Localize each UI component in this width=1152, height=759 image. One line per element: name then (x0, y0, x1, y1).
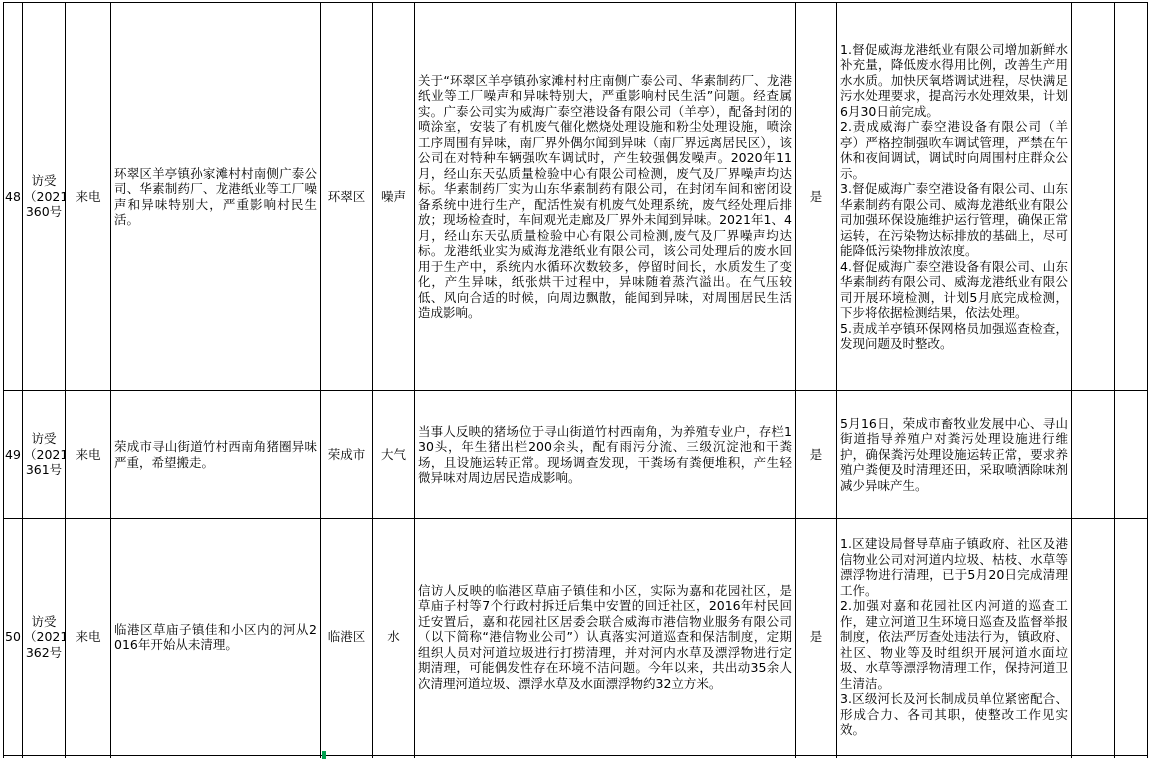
cell-measures[interactable]: 1.督促威海龙港纸业有限公司增加新鲜水补充量，降低废水得用比例，改善生产用水水质… (837, 3, 1072, 391)
complaints-table: 48 访受（2021）360号 来电 环翠区羊亭镇孙家滩村村南侧广泰公司、华素制… (3, 2, 1148, 758)
complaints-table-container: 48 访受（2021）360号 来电 环翠区羊亭镇孙家滩村村南侧广泰公司、华素制… (3, 2, 1148, 758)
cell-case-number[interactable]: 访受（2021）360号 (23, 3, 66, 391)
cell-region[interactable]: 荣成市 (321, 391, 373, 519)
cell-verified[interactable]: 是 (796, 519, 837, 756)
cell-region[interactable]: 临港区 (321, 519, 373, 756)
cell-category[interactable]: 水 (373, 519, 415, 756)
cell-investigation[interactable]: 关于“环翠区羊亭镇孙家滩村村庄南侧广泰公司、华素制药厂、龙港纸业等工厂噪声和异味… (415, 3, 796, 391)
cell-extra-2[interactable] (1115, 519, 1148, 756)
cell-category[interactable]: 噪声 (373, 3, 415, 391)
cell-complaint[interactable]: 临港区草庙子镇佳和小区内的河从2016年开始从未清理。 (111, 519, 321, 756)
table-row: 49 访受（2021）361号 来电 荣成市寻山街道竹村西南角猪圈异味严重，希望… (4, 391, 1148, 519)
cell-complaint[interactable]: 荣成市寻山街道竹村西南角猪圈异味严重，希望搬走。 (111, 391, 321, 519)
cell-category[interactable]: 大气 (373, 391, 415, 519)
cell-extra-2[interactable] (1115, 3, 1148, 391)
cell-verified[interactable]: 是 (796, 391, 837, 519)
cell-source[interactable]: 来电 (66, 3, 111, 391)
cell-investigation[interactable]: 当事人反映的猪场位于寻山街道竹村西南角，为养殖专业户，存栏130头，年生猪出栏2… (415, 391, 796, 519)
cell-verified[interactable]: 是 (796, 3, 837, 391)
cell-selection-mark (322, 751, 326, 759)
cell-complaint[interactable]: 环翠区羊亭镇孙家滩村村南侧广泰公司、华素制药厂、龙港纸业等工厂噪声和异味特别大，… (111, 3, 321, 391)
cell-case-number[interactable]: 访受（2021）361号 (23, 391, 66, 519)
spreadsheet-view: { "colors": { "grid": "#000000", "backgr… (0, 0, 1152, 759)
cell-extra-1[interactable] (1072, 519, 1115, 756)
cell-no[interactable]: 50 (4, 519, 23, 756)
cell-source[interactable]: 来电 (66, 519, 111, 756)
cell-case-number[interactable]: 访受（2021）362号 (23, 519, 66, 756)
table-row: 50 访受（2021）362号 来电 临港区草庙子镇佳和小区内的河从2016年开… (4, 519, 1148, 756)
cell-no[interactable]: 48 (4, 3, 23, 391)
cell-source[interactable]: 来电 (66, 391, 111, 519)
cell-measures[interactable]: 1.区建设局督导草庙子镇政府、社区及港信物业公司对河道内垃圾、枯枝、水草等漂浮物… (837, 519, 1072, 756)
cell-investigation[interactable]: 信访人反映的临港区草庙子镇佳和小区，实际为嘉和花园社区，是草庙子村等7个行政村拆… (415, 519, 796, 756)
cell-region[interactable]: 环翠区 (321, 3, 373, 391)
cell-no[interactable]: 49 (4, 391, 23, 519)
cell-extra-1[interactable] (1072, 3, 1115, 391)
table-row: 48 访受（2021）360号 来电 环翠区羊亭镇孙家滩村村南侧广泰公司、华素制… (4, 3, 1148, 391)
cell-extra-2[interactable] (1115, 391, 1148, 519)
table-row-partial (4, 756, 1148, 759)
cell-extra-1[interactable] (1072, 391, 1115, 519)
cell-measures[interactable]: 5月16日，荣成市畜牧业发展中心、寻山街道指导养殖户对粪污处理设施进行维护，确保… (837, 391, 1072, 519)
